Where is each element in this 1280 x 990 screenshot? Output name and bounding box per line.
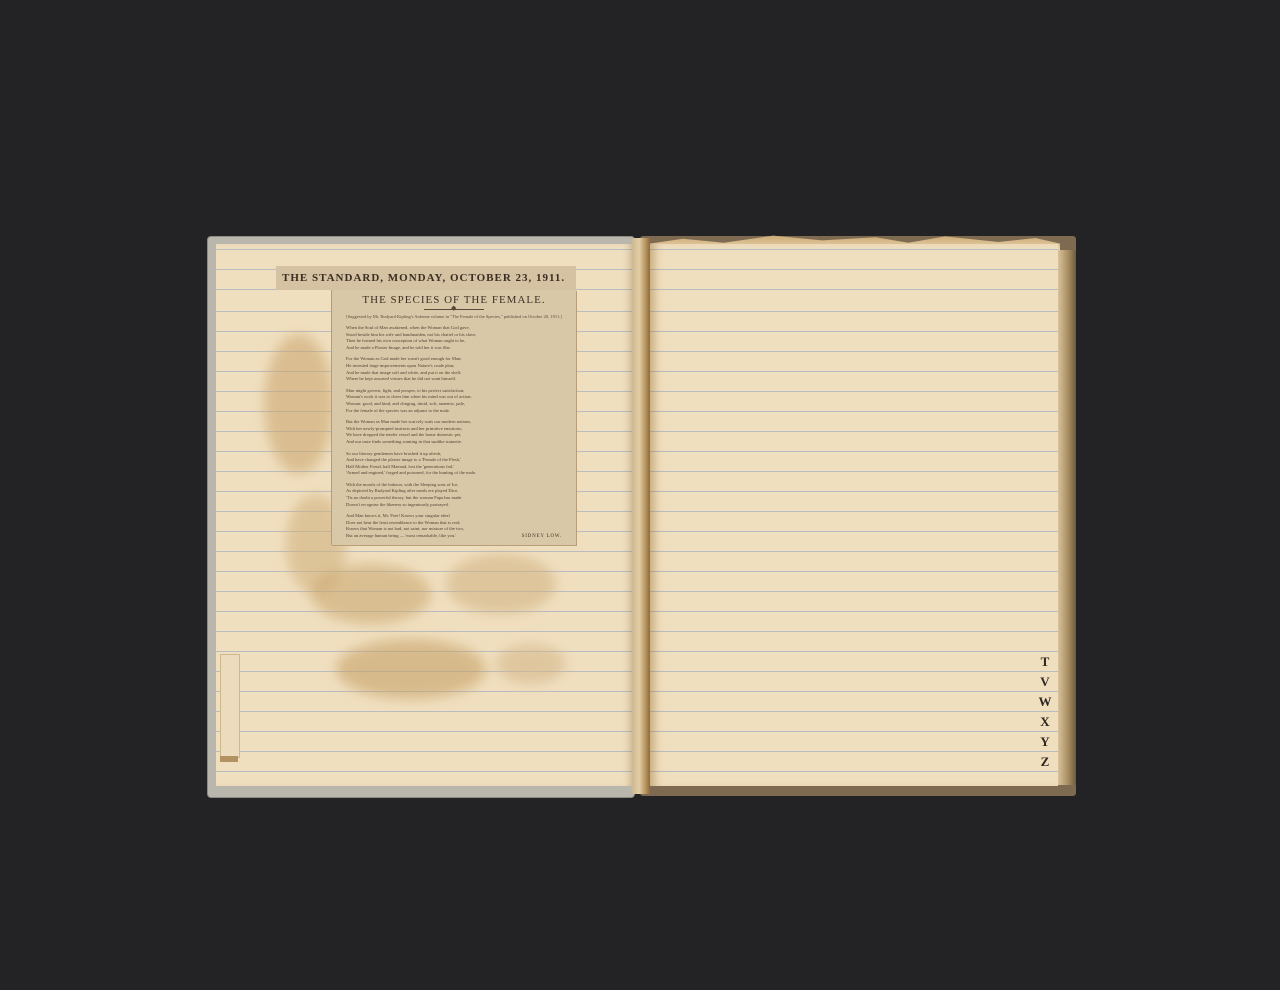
ornamental-rule: [424, 309, 484, 310]
poem-line: As depicted by Rudyard Kipling after mea…: [346, 488, 568, 495]
poem-line: For the Woman as God made her wasn't goo…: [346, 356, 568, 363]
index-letter: Y: [1036, 732, 1054, 752]
poem-line: And he made a Plaster Image, and he told…: [346, 345, 568, 352]
poem-line: Knows that Woman is not bad, not saint, …: [346, 526, 568, 533]
poem-line: Man might govern, fight, and prosper, to…: [346, 388, 568, 395]
poem-line: So our literary gentlemen have brushed i…: [346, 451, 568, 458]
poem-stanza: When the Soul of Man awakened, when the …: [332, 325, 576, 351]
alphabet-index-tab: T V W X Y Z: [1036, 652, 1054, 772]
poem-line: And have changed the plaster image to a …: [346, 457, 568, 464]
page-tab-strip: [220, 654, 240, 758]
poem-line: Where he kept assorted virtues that he d…: [346, 376, 568, 383]
stain: [264, 334, 334, 474]
poem-note: [Suggested by Mr. Rudyard Kipling's Arde…: [332, 314, 576, 320]
stain: [446, 554, 556, 614]
poem-line: He invented large improvements upon Natu…: [346, 363, 568, 370]
page-tab-edge: [220, 756, 238, 762]
poem-line: For the female of the species was an adj…: [346, 408, 568, 415]
poem-line: Doesn't recognise the likeness so ingeni…: [346, 502, 568, 509]
poem-line: Then he formed his own conception of wha…: [346, 338, 568, 345]
index-letter: T: [1036, 652, 1054, 672]
newspaper-clipping: THE SPECIES OF THE FEMALE. [Suggested by…: [331, 290, 576, 545]
poem-stanza: Man might govern, fight, and prosper, to…: [332, 388, 576, 414]
clipping-header-text: THE STANDARD, MONDAY, OCTOBER 23, 1911.: [276, 272, 565, 284]
stain: [496, 644, 566, 684]
poem-line: Does not bear the least resemblance to t…: [346, 520, 568, 527]
open-notebook: THE STANDARD, MONDAY, OCTOBER 23, 1911. …: [0, 0, 1280, 990]
poem-line: When the Soul of Man awakened, when the …: [346, 325, 568, 332]
right-page: [650, 244, 1058, 786]
poem-stanza: For the Woman as God made her wasn't goo…: [332, 356, 576, 382]
poem-line: And he made that image soft and white, a…: [346, 370, 568, 377]
page-fore-edge: [1058, 250, 1076, 785]
poem-line: But the Woman as Man made her scarcely s…: [346, 419, 568, 426]
poem-stanza: But the Woman as Man made her scarcely s…: [332, 419, 576, 445]
poem-line: Half Mother Freud, half Maenad, lost the…: [346, 464, 568, 471]
poem-stanza: With the morals of the baboon, with the …: [332, 482, 576, 508]
poem-line: 'Tis no doubt a powerful theory, but the…: [346, 495, 568, 502]
poem-line: And Man knows it, Mr. Poet! Knows your s…: [346, 513, 568, 520]
poem-stanza: So our literary gentlemen have brushed i…: [332, 451, 576, 477]
index-letter: X: [1036, 712, 1054, 732]
poem-line: Stood beside him his wife and handmaiden…: [346, 332, 568, 339]
stain: [336, 639, 486, 699]
poem-line: With the morals of the baboon, with the …: [346, 482, 568, 489]
poem-signature: SIDNEY LOW.: [522, 534, 562, 539]
poem-line: Woman's work it was to cheer him when hi…: [346, 394, 568, 401]
stain: [311, 564, 431, 624]
poem-line: 'Armed and engined,' forged and poisoned…: [346, 470, 568, 477]
index-letter: V: [1036, 672, 1054, 692]
poem-line: We have dropped the tender vessel and th…: [346, 432, 568, 439]
poem-line: With her newly-prompted instincts and he…: [346, 426, 568, 433]
index-letter: W: [1036, 692, 1054, 712]
book-gutter: [632, 238, 650, 794]
index-letter: Z: [1036, 752, 1054, 772]
clipping-masthead: THE STANDARD, MONDAY, OCTOBER 23, 1911.: [276, 266, 576, 290]
poem-line: Woman: good, and kind, and clinging, tim…: [346, 401, 568, 408]
poem-line: And our taste finds something wanting in…: [346, 439, 568, 446]
